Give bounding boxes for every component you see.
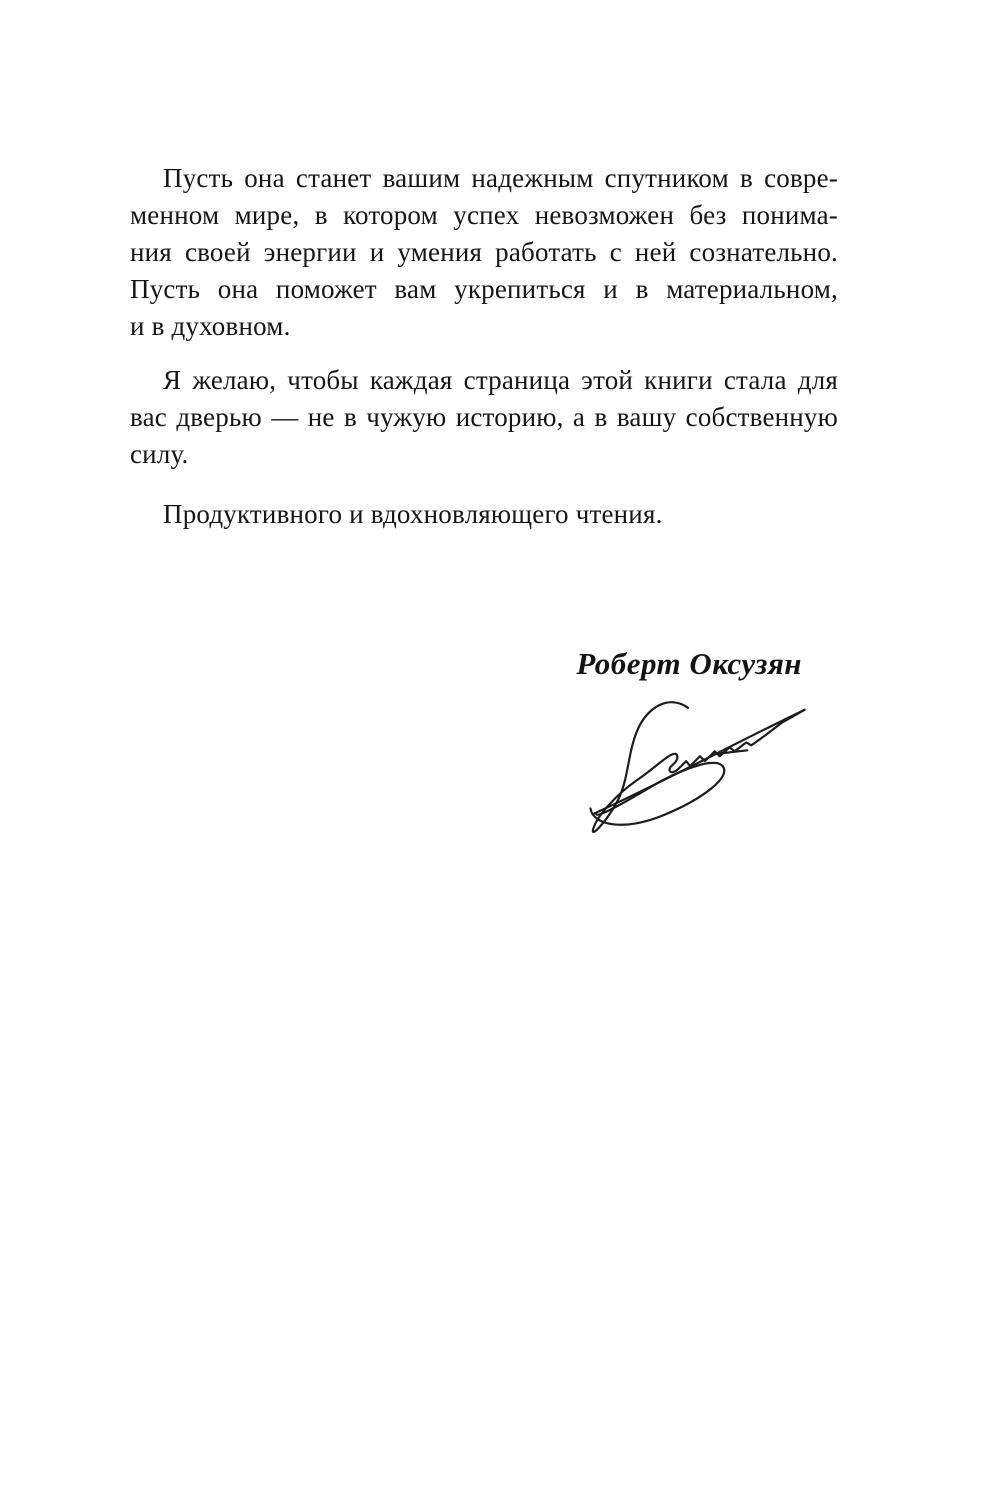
paragraph-1: Пусть она станет вашим надежным спутнико…: [130, 160, 838, 345]
text-line: и в духовном.: [130, 308, 838, 345]
text-line: Я желаю, чтобы каждая страница этой книг…: [130, 362, 838, 399]
text-line: силу.: [130, 436, 838, 473]
author-signature-block: Роберт Оксузян: [130, 646, 838, 682]
text-line: Пусть она поможет вам укрепиться и в мат…: [130, 271, 838, 308]
body-text: Пусть она станет вашим надежным спутнико…: [130, 160, 838, 533]
signature-icon: [585, 698, 810, 846]
text-line: менном мире, в котором успех невозможен …: [130, 197, 838, 234]
paragraph-2: Я желаю, чтобы каждая страница этой книг…: [130, 362, 838, 473]
author-name: Роберт Оксузян: [576, 646, 802, 682]
text-line: ния своей энергии и умения работать с не…: [130, 234, 838, 271]
text-line: Пусть она станет вашим надежным спутнико…: [130, 160, 838, 197]
paragraph-3: Продуктивного и вдохновляющего чтения.: [130, 496, 838, 533]
text-line: Продуктивного и вдохновляющего чтения.: [130, 496, 838, 533]
book-page: Пусть она станет вашим надежным спутнико…: [0, 0, 1000, 1500]
handwritten-signature: [585, 698, 810, 846]
text-line: вас дверью — не в чужую историю, а в ваш…: [130, 399, 838, 436]
